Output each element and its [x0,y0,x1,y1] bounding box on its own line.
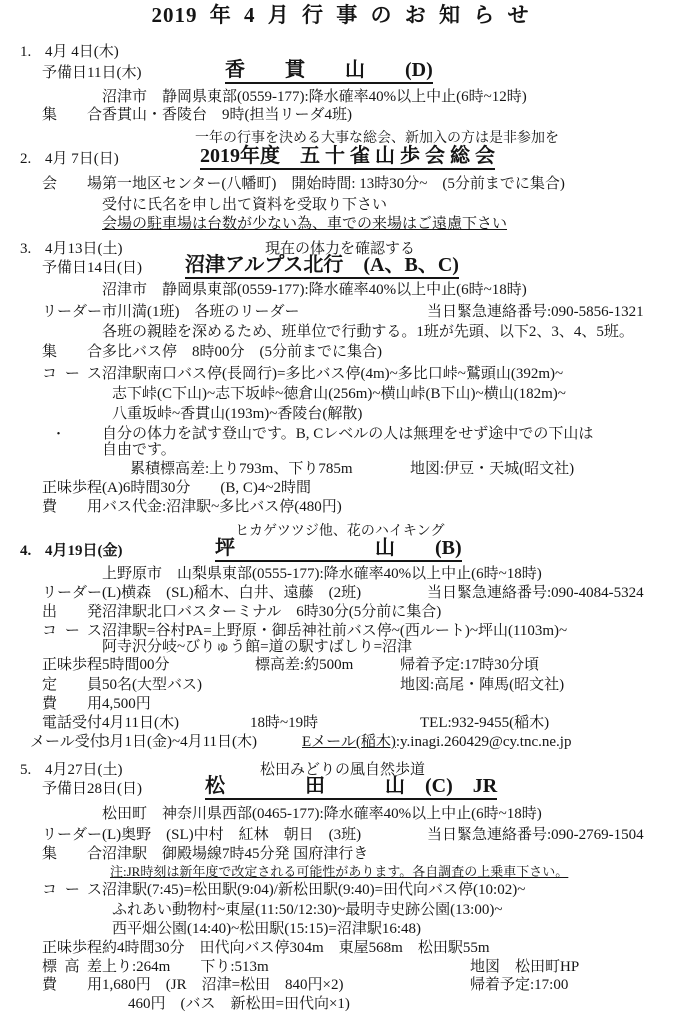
event5-return-time: 帰着予定:17:00 [470,976,568,994]
event3-area-forecast: 沼津市 静岡県東部(0559-177):降水確率40%以上中止(6時~18時) [102,281,527,299]
event2-date-line: 2.4月 7日(日)2019年度 五 十 雀 山 歩 会 総 会 [20,150,119,168]
event1-reserve-date: 予備日11日(木) [42,65,141,81]
event4-capacity-row: 定員50名(大型バス)地図:高尾・陣馬(昭文社) [42,676,202,694]
event4-phone-date: 4月11日(木) [102,715,179,731]
event5-course-line3: 西平畑公園(14:40)~松田駅(15:15)=沼津駅16:48) [112,920,421,938]
event3-leader-note: 各班の親睦を深めるため、班単位で行動する。1班が先頭、以下2、3、4、5班。 [102,323,634,341]
event5-title: 松 田 山 (C) JR [205,775,497,800]
event4-phone-label: 電話受付 [42,714,102,732]
event5-meeting-row: 集合沼津駅 御殿場線7時45分発 国府津行き [42,845,368,863]
event3-map: 地図:伊豆・天城(昭文社) [410,460,574,478]
event5-course-row: コース沼津駅(7:45)=松田駅(9:04)/新松田駅(9:40)=田代向バス停… [42,881,525,899]
event4-cost-row: 費用4,500円 [42,695,151,713]
event5-elevation-value: 上り:264m 下り:513m [102,959,269,975]
event5-walk-label: 正味歩程 [42,939,102,957]
event5-meeting-label: 集合 [42,845,102,863]
event2-info-reception: 受付に氏名を申し出て資料を受取り下さい [102,196,387,214]
event4-walk-value: 5時間00分 [102,657,170,673]
event5-jr-note: 注:JR時刻は新年度で改定される可能性があります。各自調査の上乗車下さい。 [110,863,568,881]
event4-walk-row: 正味歩程5時間00分標高差:約500m帰着予定:17時30分頃 [42,656,170,674]
event3-elevation-row: 累積標高差:上り793m、下り785m地図:伊豆・天城(昭文社) [130,460,353,478]
event5-map: 地図 松田町HP [470,958,579,976]
event3-walk-row: 正味歩程(A)6時間30分 (B, C)4~2時間 [42,479,311,497]
event3-leader-row: リーダー市川満(1班) 各班のリーダー当日緊急連絡番号:090-5856-132… [42,303,300,321]
event5-area-forecast: 松田町 神奈川県西部(0465-177):降水確率40%以上中止(6時~18時) [102,805,542,823]
event3-title: 沼津アルプス北行 (A、B、C) [185,254,459,279]
event5-leader-label: リーダー [42,826,102,844]
event5-course-line2: ふれあい動物村~東屋(11:50/12:30)~最明寺史跡公園(13:00)~ [112,901,502,919]
event3-emergency-phone: 当日緊急連絡番号:090-5856-1321 [427,303,644,321]
event3-description-line2: 自由です。 [102,441,176,459]
event3-meeting-label: 集合 [42,343,102,361]
event4-number: 4. [20,542,45,560]
event2-number: 2. [20,150,45,168]
event3-number: 3. [20,240,45,258]
event1-reserve-line: 予備日11日(木)香 貫 山 (D) [42,64,141,82]
event3-reserve-date: 予備日14日(日) [42,260,142,276]
event5-course-label: コース [42,881,102,899]
event3-leader-value: 市川満(1班) 各班のリーダー [102,304,300,320]
event4-course-line2: 阿寺沢分岐~びりゅう館=道の駅すばしり=沼津 [102,638,412,656]
event1-meeting-value: 香貫山・香陵台 9時(担当リーダ4班) [102,107,352,123]
event4-capacity-value: 50名(大型バス) [102,677,202,693]
event3-reserve-line: 予備日14日(日)沼津アルプス北行 (A、B、C) [42,259,142,277]
event4-phone-row: 電話受付4月11日(木)18時~19時TEL:932-9455(稲木) [42,714,179,732]
event5-cost-row: 費用1,680円 (JR 沼津=松田 840円×2)帰着予定:17:00 [42,976,344,994]
event5-cost-label: 費用 [42,976,102,994]
event5-course-line1: 沼津駅(7:45)=松田駅(9:04)/新松田駅(9:40)=田代向バス停(10… [102,882,525,898]
event4-walk-label: 正味歩程 [42,656,102,674]
event4-title: 坪 山 (B) [215,537,462,562]
event4-cost-value: 4,500円 [102,696,151,712]
event5-reserve-line: 予備日28日(日)松 田 山 (C) JR [42,780,142,798]
event2-venue-row: 会場第一地区センター(八幡町) 開始時間: 13時30分~ (5分前までに集合) [42,175,565,193]
event2-date: 4月 7日(日) [45,151,119,167]
event5-meeting-value: 沼津駅 御殿場線7時45分発 国府津行き [102,846,368,862]
event4-date-line: 4.4月19日(金)坪 山 (B) [20,542,123,560]
event5-walk-value: 約4時間30分 田代向バス停304m 東屋568m 松田駅55m [102,940,490,956]
event3-date: 4月13日(土) [45,241,123,257]
event5-elevation-row: 標高差上り:264m 下り:513m地図 松田町HP [42,958,269,976]
event4-leader-value: (L)横森 (SL)稲木、白井、遠藤 (2班) [102,585,361,601]
event1-meeting-label: 集合 [42,106,102,124]
event4-departure-value: 沼津駅北口バスターミナル 6時30分(5分前に集合) [102,604,441,620]
event3-course-label: コース [42,365,102,383]
bullet-dot: ・ [52,425,65,443]
event4-course-label: コース [42,622,102,640]
event4-departure-label: 出発 [42,603,102,621]
event4-leader-row: リーダー(L)横森 (SL)稲木、白井、遠藤 (2班)当日緊急連絡番号:090-… [42,584,361,602]
page-title: 2019 年 4 月 行 事 の お 知 ら せ [0,6,681,24]
event1-meeting-row: 集合香貫山・香陵台 9時(担当リーダ4班) [42,106,352,124]
event5-reserve-date: 予備日28日(日) [42,781,142,797]
event4-return-time: 帰着予定:17時30分頃 [400,656,539,674]
event3-meeting-row: 集合多比バス停 8時00分 (5分前までに集合) [42,343,382,361]
event3-cost-label: 費用 [42,498,102,516]
email-link[interactable]: Eメール(稲木) [302,734,396,750]
event5-date: 4月27日(土) [45,762,123,778]
event3-walk-value: (A)6時間30分 (B, C)4~2時間 [102,480,311,496]
event4-mail-label: メール受付 [30,733,102,751]
event4-phone-number: TEL:932-9455(稲木) [420,714,549,732]
event3-course-line3: 八重坂峠~香貫山(193m)~香陵台(解散) [112,405,362,423]
event3-elevation: 累積標高差:上り793m、下り785m [130,461,353,477]
event1-title: 香 貫 山 (D) [225,59,433,84]
event4-map: 地図:高尾・陣馬(昭文社) [400,676,564,694]
event2-info-parking: 会場の駐車場は台数が少ない為、車での来場はご遠慮下さい [102,215,507,233]
event5-elevation-label: 標高差 [42,958,102,976]
email-address[interactable]: :y.inagi.260429@cy.tnc.ne.jp [396,734,572,750]
event5-emergency-phone: 当日緊急連絡番号:090-2769-1504 [427,826,644,844]
event5-cost-line2: 460円 (バス 新松田=田代向×1) [128,995,350,1013]
event1-date-line: 1.4月 4日(木) [20,43,119,61]
event3-cost-value: バス代金:沼津駅~多比バス停(480円) [102,499,342,515]
event3-cost-row: 費用バス代金:沼津駅~多比バス停(480円) [42,498,342,516]
event2-venue-value: 第一地区センター(八幡町) 開始時間: 13時30分~ (5分前までに集合) [102,176,565,192]
announcement-page: 2019 年 4 月 行 事 の お 知 ら せ 1.4月 4日(木) 予備日1… [0,0,681,1025]
event2-venue-label: 会場 [42,175,102,193]
event3-course-line1: 沼津駅南口バス停(長岡行)=多比バス停(4m)~多比口峠~鷲頭山(392m)~ [102,366,563,382]
event4-emergency-phone: 当日緊急連絡番号:090-4084-5324 [427,584,644,602]
event3-leader-label: リーダー [42,303,102,321]
event3-walk-label: 正味歩程 [42,479,102,497]
event4-area-forecast: 上野原市 山梨県東部(0555-177):降水確率40%以上中止(6時~18時) [102,565,542,583]
event4-leader-label: リーダー [42,584,102,602]
event5-leader-row: リーダー(L)奥野 (SL)中村 紅林 朝日 (3班)当日緊急連絡番号:090-… [42,826,361,844]
event4-phone-time: 18時~19時 [250,714,318,732]
event4-email: Eメール(稲木):y.inagi.260429@cy.tnc.ne.jp [302,733,571,751]
event1-number: 1. [20,43,45,61]
event1-date: 4月 4日(木) [45,44,119,60]
event4-departure-row: 出発沼津駅北口バスターミナル 6時30分(5分前に集合) [42,603,441,621]
event5-walk-row: 正味歩程約4時間30分 田代向バス停304m 東屋568m 松田駅55m [42,939,490,957]
event5-cost-value: 1,680円 (JR 沼津=松田 840円×2) [102,977,344,993]
event3-course-line2: 志下峠(C下山)~志下坂峠~徳倉山(256m)~横山峠(B下山)~横山(182m… [112,385,566,403]
event5-leader-value: (L)奥野 (SL)中村 紅林 朝日 (3班) [102,827,361,843]
event2-title: 2019年度 五 十 雀 山 歩 会 総 会 [200,145,495,170]
event4-mail-row: メール受付3月1日(金)~4月11日(木)Eメール(稲木):y.inagi.26… [30,733,257,751]
event3-date-line: 3.4月13日(土)現在の体力を確認する [20,240,123,258]
event4-capacity-label: 定員 [42,676,102,694]
event3-course-row: コース沼津駅南口バス停(長岡行)=多比バス停(4m)~多比口峠~鷲頭山(392m… [42,365,563,383]
event4-mail-period: 3月1日(金)~4月11日(木) [102,734,257,750]
event1-area-forecast: 沼津市 静岡県東部(0559-177):降水確率40%以上中止(6時~12時) [102,88,527,106]
event4-cost-label: 費用 [42,695,102,713]
event4-elevation: 標高差:約500m [255,656,353,674]
event5-number: 5. [20,761,45,779]
event4-course-line1: 沼津駅=谷村PA=上野原・御岳神社前バス停~(西ルート)~坪山(1103m)~ [102,623,567,639]
event5-date-line: 5.4月27日(土)松田みどりの風自然歩道 [20,761,123,779]
event3-meeting-value: 多比バス停 8時00分 (5分前までに集合) [102,344,382,360]
event4-date: 4月19日(金) [45,543,123,559]
